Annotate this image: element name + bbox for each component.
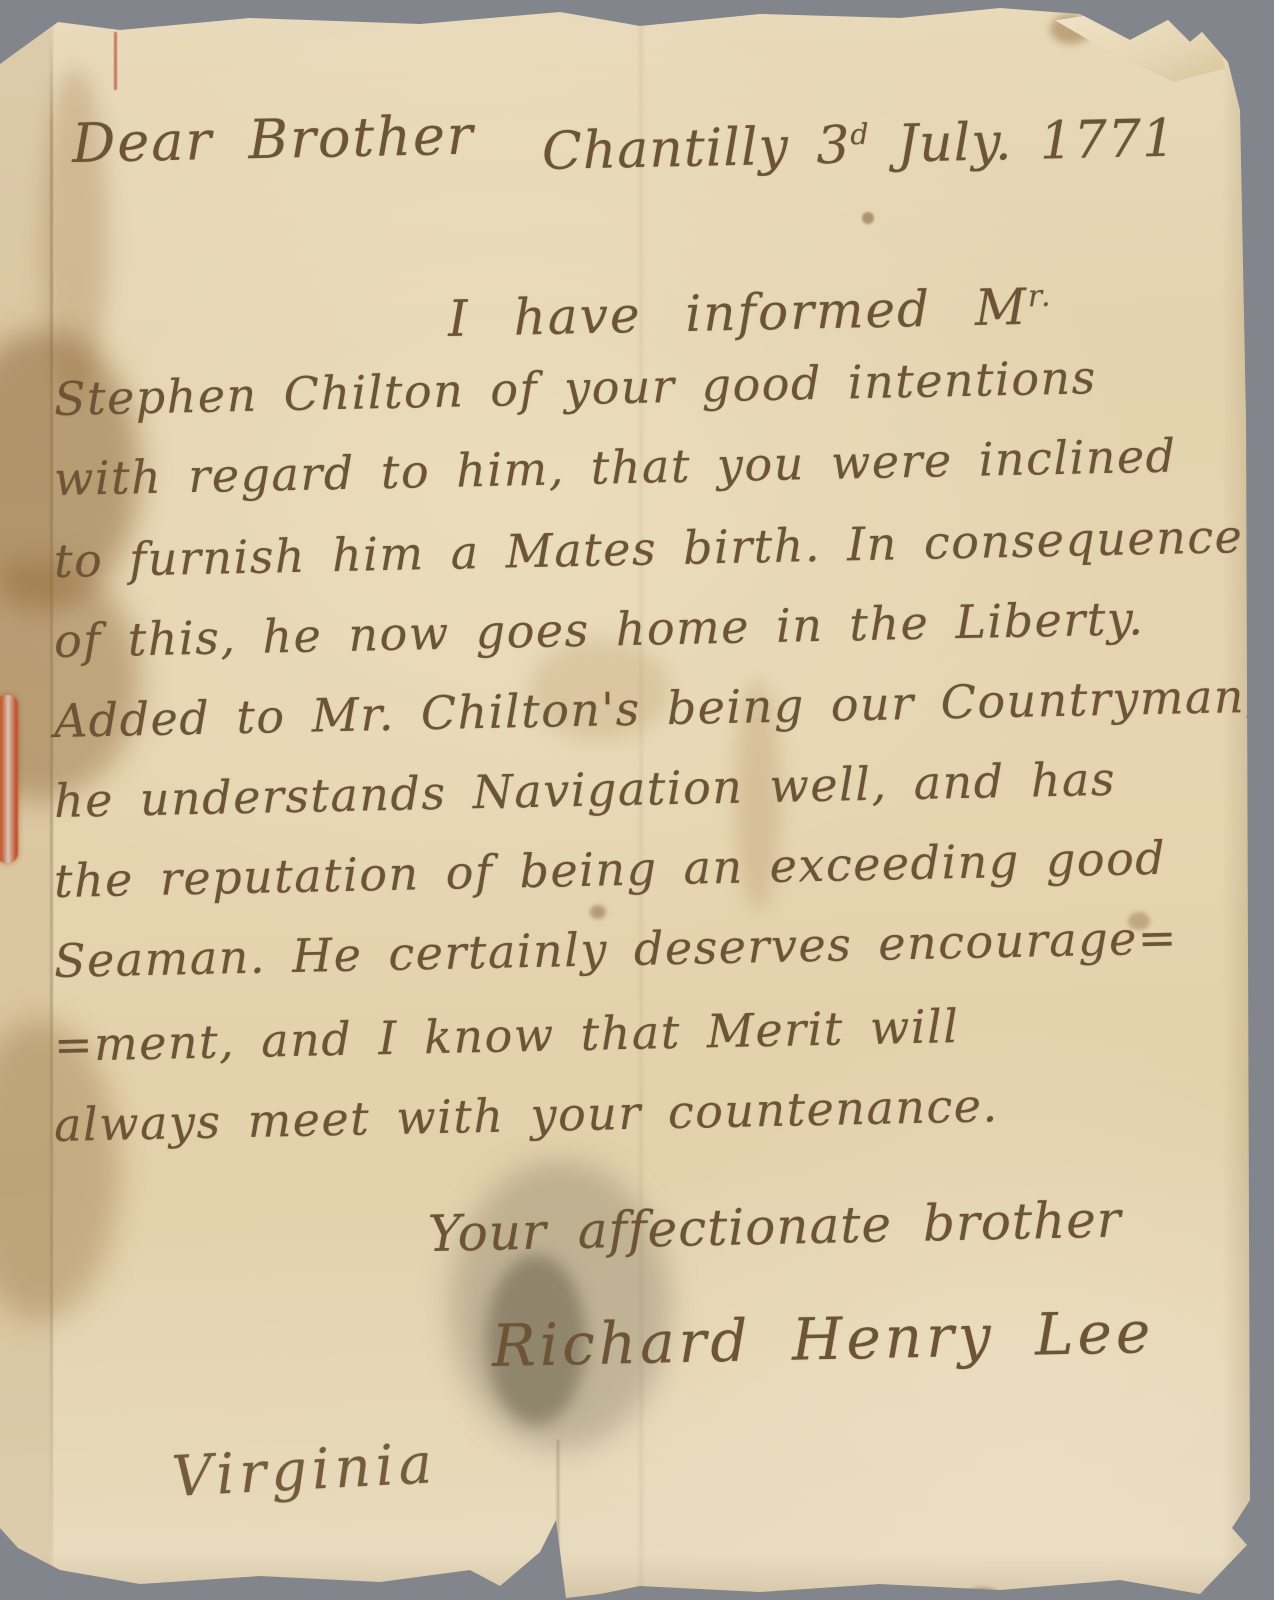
- dateline: Chantilly 3d July. 1771: [541, 109, 1176, 182]
- edge-shadow: [0, 1554, 1274, 1600]
- dateline-superscript: d: [850, 117, 870, 151]
- fox-spot: [965, 1588, 999, 1600]
- edge-shadow: [1222, 0, 1256, 1600]
- letter-line: =ment, and I know that Merit will: [53, 999, 960, 1072]
- letter-line: with regard to him, that you were inclin…: [53, 428, 1177, 506]
- letter-line: of this, he now goes home in the Liberty…: [53, 591, 1144, 668]
- curled-corner: [1055, 6, 1225, 86]
- letter-line: Added to Mr. Chilton's being our Country…: [53, 669, 1261, 748]
- docket-virginia: Virginia: [170, 1431, 438, 1510]
- bottom-tear-crease: [557, 1440, 559, 1600]
- dateline-rest: July. 1771: [897, 109, 1177, 175]
- opening-line: I have informed Mr.: [447, 277, 1053, 348]
- scan-mat: Dear Brother Chantilly 3d July. 1771 I h…: [0, 0, 1274, 1600]
- red-ink-mark: [114, 32, 117, 90]
- wax-seal-remnant: [0, 695, 18, 863]
- opening-superscript: r.: [1027, 279, 1052, 315]
- letter-line: always meet with your countenance.: [53, 1078, 999, 1152]
- signature: Richard Henry Lee: [491, 1298, 1155, 1380]
- letter-line: Seaman. He certainly deserves encourage=: [53, 910, 1178, 988]
- dateline-day: 3: [816, 116, 851, 177]
- fold-seam-line: [50, 0, 53, 1600]
- opening-text: I have informed M: [447, 278, 1028, 348]
- letter-line: he understands Navigation well, and has: [53, 752, 1116, 828]
- stain: [0, 560, 140, 800]
- fox-spot: [590, 905, 606, 919]
- salutation: Dear Brother: [71, 104, 475, 175]
- fox-spot: [862, 212, 874, 224]
- letter-line: the reputation of being an exceeding goo…: [53, 831, 1166, 908]
- dateline-place: Chantilly: [541, 117, 789, 182]
- letter-line: Stephen Chilton of your good intentions: [53, 350, 1097, 426]
- letter-line: to furnish him a Mates birth. In consequ…: [53, 509, 1243, 588]
- letter-page: Dear Brother Chantilly 3d July. 1771 I h…: [0, 0, 1274, 1600]
- closing-line: Your affectionate brother: [427, 1190, 1122, 1263]
